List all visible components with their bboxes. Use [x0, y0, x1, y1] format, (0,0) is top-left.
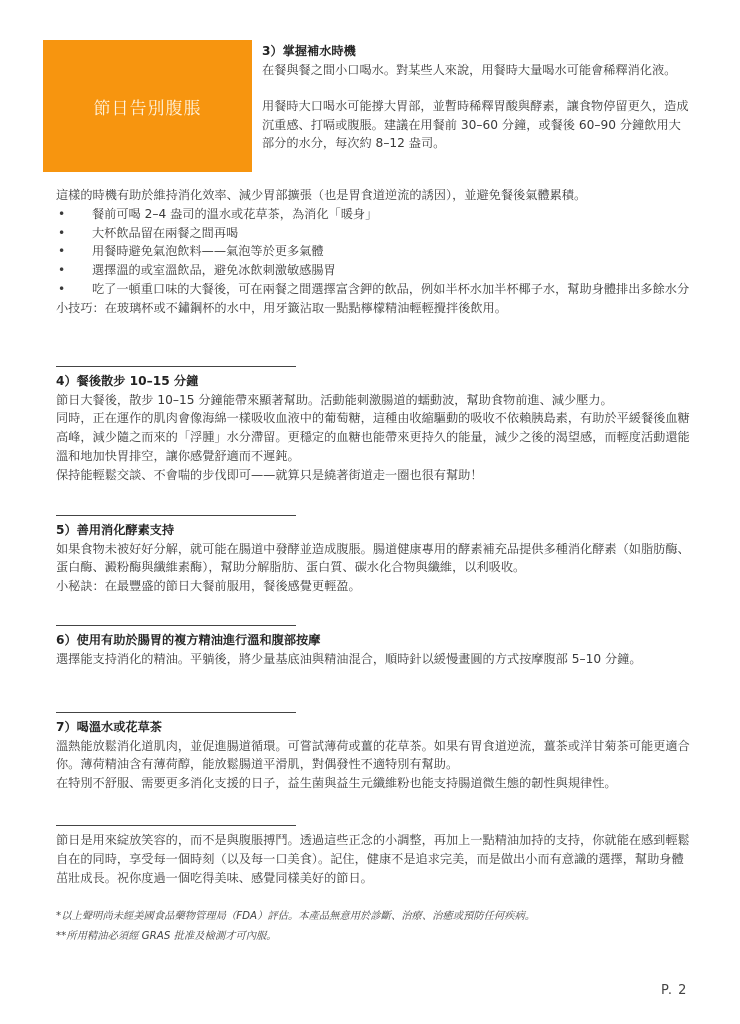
bullet-icon: •: [56, 242, 92, 261]
section-4-para-1: 節日大餐後，散步 10–15 分鐘能帶來顯著幫助。活動能刺激腸道的蠕動波，幫助食…: [56, 391, 690, 410]
bullet-item: •選擇溫的或室溫飲品，避免冰飲刺激敏感腸胃: [56, 261, 690, 280]
section-3-para-3: 這樣的時機有助於維持消化效率、減少胃部擴張（也是胃食道逆流的誘因），並避免餐後氣…: [56, 186, 690, 205]
section-5-heading: 5）善用消化酵素支持: [56, 521, 690, 540]
footnote: **所用精油必須經 GRAS 批准及檢測才可內服。: [56, 926, 690, 946]
section-5: 5）善用消化酵素支持 如果食物未被好好分解，就可能在腸道中發酵並造成腹脹。腸道健…: [56, 515, 690, 596]
section-3-heading: 3）掌握補水時機: [262, 42, 692, 61]
page-number: P. 2: [661, 983, 687, 998]
section-5-para-2: 小秘訣：在最豐盛的節日大餐前服用，餐後感覺更輕盈。: [56, 577, 690, 596]
section-3-para-2: 用餐時大口喝水可能撐大胃部，並暫時稀釋胃酸與酵素，讓食物停留更久，造成沉重感、打…: [262, 97, 692, 153]
document-page: 節日告別腹脹 3）掌握補水時機 在餐與餐之間小口喝水。對某些人來說，用餐時大量喝…: [0, 0, 740, 1024]
section-divider: [56, 625, 296, 626]
section-6-heading: 6）使用有助於腸胃的複方精油進行溫和腹部按摩: [56, 631, 690, 650]
bullet-item: •大杯飲品留在兩餐之間再喝: [56, 224, 690, 243]
bullet-icon: •: [56, 205, 92, 224]
closing: 節日是用來綻放笑容的，而不是與腹脹搏鬥。透過這些正念的小調整，再加上一點精油加持…: [56, 825, 690, 887]
bullet-item: •吃了一頓重口味的大餐後，可在兩餐之間選擇富含鉀的飲品，例如半杯水加半杯椰子水，…: [56, 280, 690, 299]
section-divider: [56, 366, 296, 367]
section-5-para-1: 如果食物未被好好分解，就可能在腸道中發酵並造成腹脹。腸道健康專用的酵素補充品提供…: [56, 540, 690, 578]
section-3-para-1: 在餐與餐之間小口喝水。對某些人來說，用餐時大量喝水可能會稀釋消化液。: [262, 61, 692, 80]
title-banner: 節日告別腹脹: [43, 40, 252, 172]
footnotes: *以上聲明尚未經美國食品藥物管理局（FDA）評估。本產品無意用於診斷、治療、治癒…: [56, 906, 690, 946]
section-4-para-3: 保持能輕鬆交談、不會喘的步伐即可——就算只是繞著街道走一圈也很有幫助！: [56, 466, 690, 485]
page-title: 節日告別腹脹: [94, 94, 202, 119]
section-divider: [56, 515, 296, 516]
bullet-item: •餐前可喝 2–4 盎司的溫水或花草茶，為消化「暖身」: [56, 205, 690, 224]
bullet-icon: •: [56, 224, 92, 243]
section-4-para-2: 同時，正在運作的肌肉會像海綿一樣吸收血液中的葡萄糖，這種由收縮驅動的吸收不依賴胰…: [56, 409, 690, 465]
section-4: 4）餐後散步 10–15 分鐘 節日大餐後，散步 10–15 分鐘能帶來顯著幫助…: [56, 366, 690, 484]
section-divider: [56, 825, 296, 826]
section-7: 7）喝溫水或花草茶 溫熱能放鬆消化道肌肉，並促進腸道循環。可嘗試薄荷或薑的花草茶…: [56, 712, 690, 793]
closing-para: 節日是用來綻放笑容的，而不是與腹脹搏鬥。透過這些正念的小調整，再加上一點精油加持…: [56, 831, 690, 887]
section-divider: [56, 712, 296, 713]
section-7-para-1: 溫熱能放鬆消化道肌肉，並促進腸道循環。可嘗試薄荷或薑的花草茶。如果有胃食道逆流，…: [56, 737, 690, 775]
section-3-tip: 小技巧：在玻璃杯或不鏽鋼杯的水中，用牙籤沾取一點點檸檬精油輕輕攪拌後飲用。: [56, 299, 690, 318]
section-3-body: 這樣的時機有助於維持消化效率、減少胃部擴張（也是胃食道逆流的誘因），並避免餐後氣…: [56, 186, 690, 318]
section-6: 6）使用有助於腸胃的複方精油進行溫和腹部按摩 選擇能支持消化的精油。平躺後，將少…: [56, 625, 690, 668]
footnote: *以上聲明尚未經美國食品藥物管理局（FDA）評估。本產品無意用於診斷、治療、治癒…: [56, 906, 690, 926]
bullet-item: •用餐時避免氣泡飲料——氣泡等於更多氣體: [56, 242, 690, 261]
section-4-heading: 4）餐後散步 10–15 分鐘: [56, 372, 690, 391]
section-6-para-1: 選擇能支持消化的精油。平躺後，將少量基底油與精油混合，順時針以緩慢畫圓的方式按摩…: [56, 650, 690, 669]
section-7-para-2: 在特別不舒服、需要更多消化支援的日子，益生菌與益生元纖維粉也能支持腸道微生態的韌…: [56, 774, 690, 793]
bullet-icon: •: [56, 280, 92, 299]
bullet-icon: •: [56, 261, 92, 280]
section-3-intro: 3）掌握補水時機 在餐與餐之間小口喝水。對某些人來說，用餐時大量喝水可能會稀釋消…: [262, 42, 692, 153]
section-7-heading: 7）喝溫水或花草茶: [56, 718, 690, 737]
